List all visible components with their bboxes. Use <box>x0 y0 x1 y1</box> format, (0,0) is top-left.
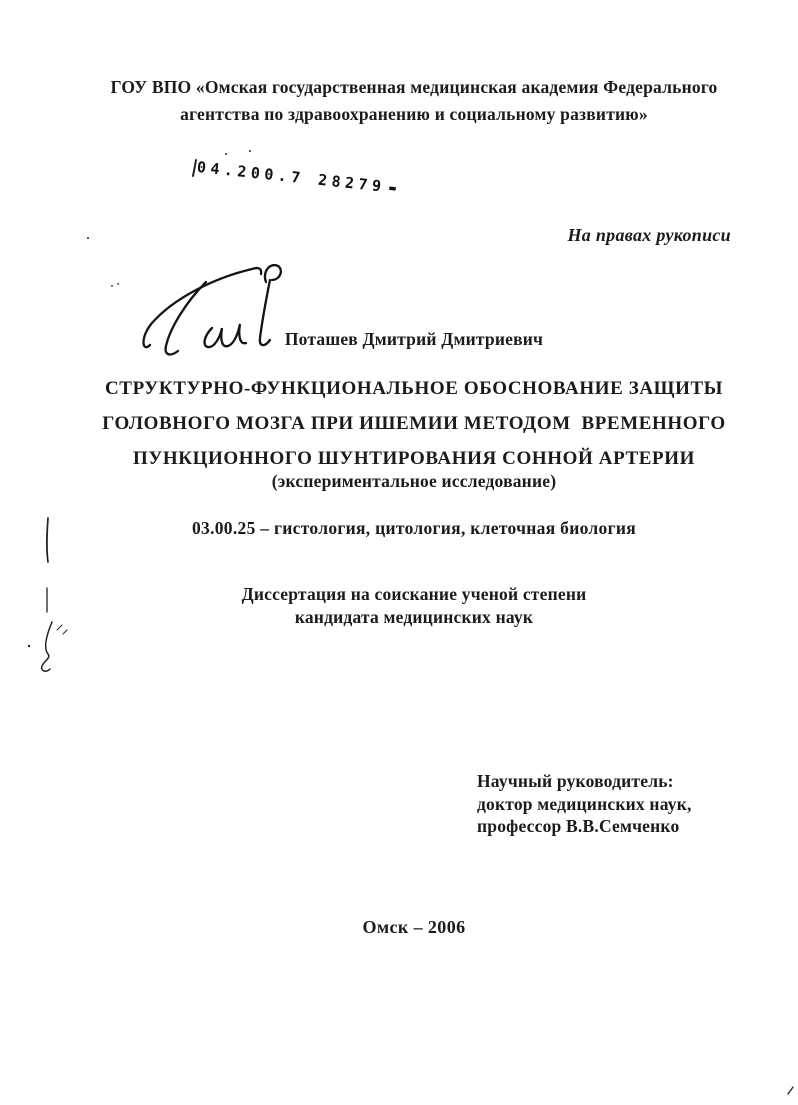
supervisor-line-3: профессор В.В.Семченко <box>477 815 692 838</box>
catalog-number-stamp: 04.200.7 28279- <box>196 158 404 198</box>
title-line-2: ГОЛОВНОГО МОЗГА ПРИ ИШЕМИИ МЕТОДОМ ВРЕМЕ… <box>30 406 798 441</box>
title-line-1: СТРУКТУРНО-ФУНКЦИОНАЛЬНОЕ ОБОСНОВАНИЕ ЗА… <box>30 371 798 406</box>
dissertation-title-page: ГОУ ВПО «Омская государственная медицинс… <box>0 0 798 1105</box>
institution-line-2: агентства по здравоохранению и социально… <box>30 101 798 128</box>
degree-statement: Диссертация на соискание ученой степени … <box>30 583 798 629</box>
institution-line-1: ГОУ ВПО «Омская государственная медицинс… <box>30 74 798 101</box>
author-name: Поташев Дмитрий Дмитриевич <box>30 329 798 350</box>
manuscript-rights-note: На правах рукописи <box>567 225 731 246</box>
stamp-end-dash: - <box>385 173 407 204</box>
city-year: Омск – 2006 <box>30 917 798 938</box>
degree-line-1: Диссертация на соискание ученой степени <box>30 583 798 606</box>
supervisor-block: Научный руководитель: доктор медицинских… <box>477 770 692 838</box>
title-subtitle: (экспериментальное исследование) <box>30 471 798 492</box>
scan-artifacts <box>0 0 798 1105</box>
degree-line-2: кандидата медицинских наук <box>30 606 798 629</box>
institution-header: ГОУ ВПО «Омская государственная медицинс… <box>30 74 798 128</box>
supervisor-line-2: доктор медицинских наук, <box>477 793 692 816</box>
specialty-line: 03.00.25 – гистология, цитология, клеточ… <box>30 518 798 539</box>
supervisor-line-1: Научный руководитель: <box>477 770 692 793</box>
dissertation-title: СТРУКТУРНО-ФУНКЦИОНАЛЬНОЕ ОБОСНОВАНИЕ ЗА… <box>30 371 798 476</box>
catalog-number: 04.200.7 28279 <box>196 158 386 196</box>
